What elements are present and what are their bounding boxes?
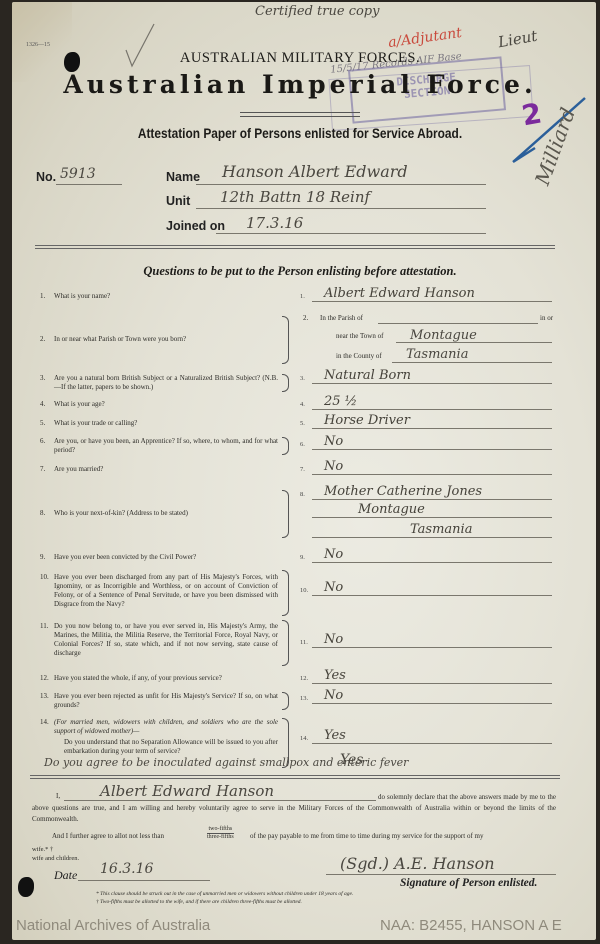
wife-label: wife.* † [32,846,53,853]
answer-line [312,537,552,538]
answer-value: Yes [324,668,346,683]
question-text: In or near what Parish or Town were you … [40,335,278,344]
no-line [56,184,122,185]
question-number: 10. [40,573,49,582]
answer-value: Montague [358,502,425,517]
name-line [196,184,486,185]
answer-number: 11. [300,639,308,646]
answer-number: 12. [300,675,308,682]
question-text: What is your trade or calling? [40,419,278,428]
name-label: Name [166,170,200,184]
county-line [392,362,552,363]
header-rule [240,112,360,117]
header-line-3: Attestation Paper of Persons enlisted fo… [45,125,555,141]
question-9: 9.Have you ever been convicted by the Ci… [40,553,278,562]
declaration-rule [30,775,560,779]
answer-value: No [324,547,343,562]
header-line-2: Australian Imperial Force. [0,70,600,99]
question-8: 8.Who is your next-of-kin? (Address to b… [40,509,278,518]
answer-7: 7.No [300,459,552,475]
answer-number: 13. [300,695,308,702]
question-14: Do you understand that no Separation All… [50,738,278,756]
punch-hole [18,877,34,897]
no-label: No. [36,170,56,184]
wife-children-label: wife and children. [32,855,79,862]
question-text: What is your name? [40,292,278,301]
answer-line [312,428,552,429]
question-text: Have you ever been discharged from any p… [40,573,278,609]
answer-number: 3. [300,375,305,382]
section-rule [35,245,555,249]
answer-line [312,409,552,410]
date-line [78,880,210,881]
question-number: 1. [40,292,45,301]
header-line-1: AUSTRALIAN MILITARY FORCES. [0,50,600,67]
unit-line [196,208,486,209]
question-text: Have you ever been convicted by the Civi… [40,553,278,562]
question-11: 11.Do you now belong to, or have you eve… [40,622,278,658]
question-text: What is your age? [40,400,278,409]
answer-line [312,301,552,302]
question-1: 1.What is your name? [40,292,278,301]
question-number: 6. [40,437,45,446]
answer-line [312,449,552,450]
answer-value: No [324,632,343,647]
signature-label: Signature of Person enlisted. [400,877,537,889]
answer-value: Natural Born [324,368,411,383]
question-text: Do you understand that no Separation All… [50,738,278,756]
question-text: Who is your next-of-kin? (Address to be … [40,509,278,518]
question-6: 6.Are you, or have you been, an Apprenti… [40,437,278,455]
answer-14: 14.Yes [300,728,552,744]
answer-value: Yes [324,728,346,743]
allot-text-a: And I further agree to allot not less th… [52,832,164,840]
answer-6: 6.No [300,434,552,450]
unit-label: Unit [166,194,190,208]
answer-value: No [324,688,343,703]
town-label: near the Town of [336,332,383,340]
question-text: Are you married? [40,465,278,474]
question-number: 7. [40,465,45,474]
question-number: 4. [40,400,45,409]
answer-10: 10.No [300,580,552,596]
answer-value: Tasmania [410,522,472,537]
in-or-label: in or [540,314,553,322]
question-number: 13. [40,692,49,701]
allot-text-b: of the pay payable to me from time to ti… [250,832,483,840]
question-number: 12. [40,674,49,683]
brace [282,692,289,710]
question-14-number: 14. [40,718,49,726]
certified-annotation: Certified true copy [255,4,379,19]
answer-value: No [324,580,343,595]
answer-value: Mother Catherine Jones [324,484,482,499]
parish-line [378,323,538,324]
answer-3: 3.Natural Born [300,368,552,384]
answer-line [312,743,552,744]
answer-8: 8.Mother Catherine Jones [300,484,552,500]
question-4: 4.What is your age? [40,400,278,409]
answer-line [312,562,552,563]
question-5: 5.What is your trade or calling? [40,419,278,428]
question-10: 10.Have you ever been discharged from an… [40,573,278,609]
question-number: 5. [40,419,45,428]
answer-number: 7. [300,466,305,473]
answer-2-number: 2. [303,314,308,322]
question-number: 11. [40,622,49,631]
answer-number: 8. [300,491,305,498]
town-value: Montague [410,328,477,343]
answer-number: 5. [300,420,305,427]
answer-value: No [324,434,343,449]
allot-fraction: two-fifths three-fifths [207,826,234,841]
fraction-three-fifths: three-fifths [207,833,234,841]
question-13: 13.Have you ever been rejected as unfit … [40,692,278,710]
signature-line [326,874,556,875]
handwritten-answer-15: Yes [340,752,364,768]
brace [282,570,289,616]
answer-4: 4.25 ½ [300,394,552,410]
county-value: Tasmania [406,347,468,362]
question-text: Are you, or have you been, an Apprentice… [40,437,278,455]
answer-line [312,474,552,475]
fraction-two-fifths: two-fifths [207,826,234,833]
question-text: Do you now belong to, or have you ever s… [40,622,278,658]
answer-13: 13.No [300,688,552,704]
question-3: 3.Are you a natural born British Subject… [40,374,278,392]
unit-value: 12th Battn 18 Reinf [220,188,370,206]
joined-line [216,233,486,234]
declaration-text: do solemnly declare that the above answe… [32,792,556,825]
answer-8-line-3: Tasmania [300,522,552,538]
joined-label: Joined on [166,219,225,233]
question-14-preamble: 14a.(For married men, widowers with chil… [40,718,278,736]
answer-value: 25 ½ [324,394,357,409]
brace [282,316,289,364]
archive-footer-right: NAA: B2455, HANSON A E [380,917,562,934]
answer-line [312,683,552,684]
answer-number: 1. [300,293,305,300]
date-label: Date [54,868,77,883]
question-text: Have you ever been rejected as unfit for… [40,692,278,710]
form-number: 1326—15 [26,42,50,48]
answer-number: 10. [300,587,308,594]
county-label: in the County of [336,352,382,360]
questions-title: Questions to be put to the Person enlist… [0,264,600,279]
answer-line [312,517,552,518]
question-number: 2. [40,335,45,344]
question-number: 9. [40,553,45,562]
answer-line [312,499,552,500]
answer-9: 9.No [300,547,552,563]
brace [282,437,289,455]
answer-line [312,647,552,648]
question-text: (For married men, widowers with children… [40,718,278,736]
signature-value: (Sgd.) A.E. Hanson [340,854,495,873]
answer-5: 5.Horse Driver [300,413,552,429]
question-2: 2.In or near what Parish or Town were yo… [40,335,278,344]
brace [282,374,289,392]
joined-value: 17.3.16 [246,214,303,232]
question-12: 12.Have you stated the whole, if any, of… [40,674,278,683]
answer-number: 6. [300,441,305,448]
answer-11: 11.No [300,632,552,648]
answer-line [312,383,552,384]
answer-value: Albert Edward Hanson [324,286,475,301]
answer-1: 1.Albert Edward Hanson [300,286,552,302]
no-value: 5913 [60,166,96,182]
question-7: 7.Are you married? [40,465,278,474]
brace [282,620,289,666]
parish-label: In the Parish of [320,314,363,322]
answer-number: 14. [300,735,308,742]
brace [282,490,289,538]
answer-line [312,595,552,596]
date-value: 16.3.16 [100,861,153,877]
answer-8-line-2: Montague [300,502,552,518]
question-number: 8. [40,509,45,518]
footnote-1: * This clause should be struck out in th… [96,891,353,897]
name-value: Hanson Albert Edward [222,162,408,181]
footnote-2: † Two-fifths must be allotted to the wif… [96,899,302,905]
answer-value: No [324,459,343,474]
answer-12: 12.Yes [300,668,552,684]
answer-number: 4. [300,401,305,408]
answer-value: Horse Driver [324,413,410,428]
question-text: Are you a natural born British Subject o… [40,374,278,392]
question-number: 3. [40,374,45,383]
question-text: Have you stated the whole, if any, of yo… [40,674,278,683]
archive-footer-left: National Archives of Australia [16,917,210,934]
answer-line [312,703,552,704]
answer-number: 9. [300,554,305,561]
